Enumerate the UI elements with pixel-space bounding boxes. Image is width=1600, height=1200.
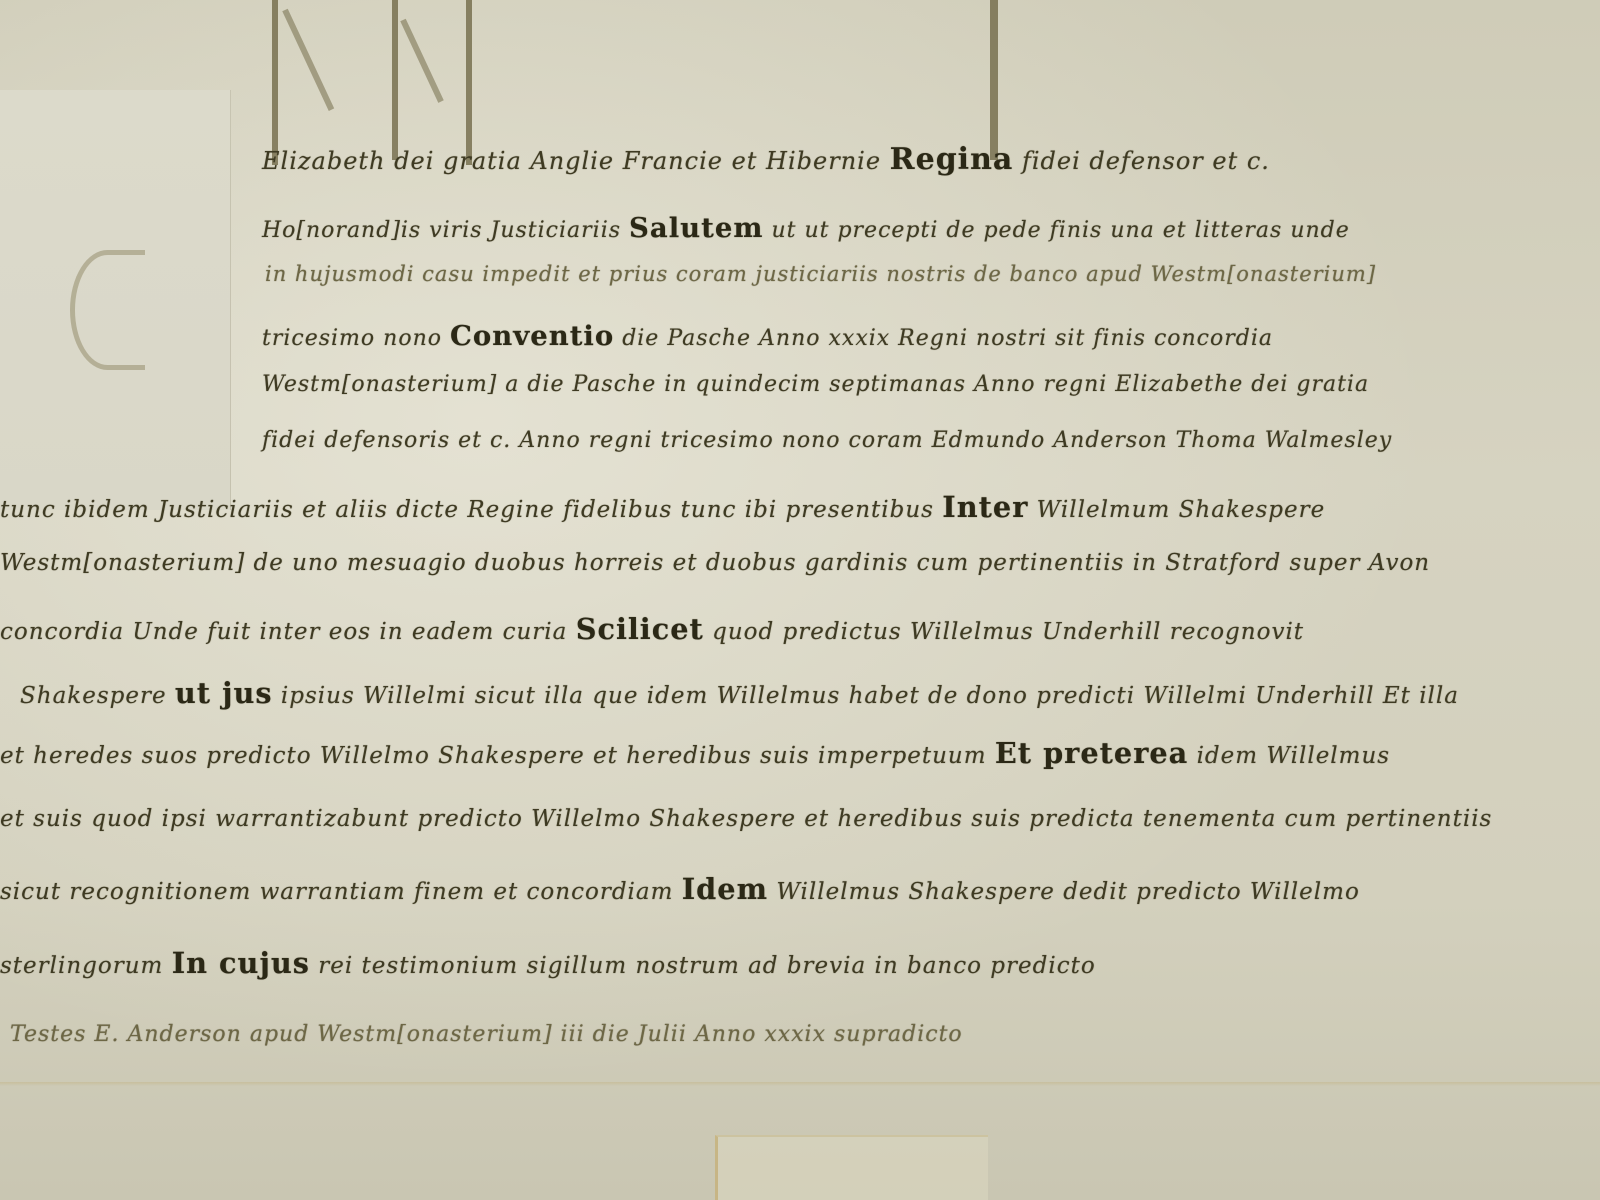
manuscript-line: in hujusmodi casu impedit et prius coram… [265, 262, 1376, 286]
manuscript-line: concordia Unde fuit inter eos in eadem c… [0, 612, 1304, 646]
manuscript-line: Elizabeth dei gratia Anglie Francie et H… [262, 142, 1270, 177]
initial-ascender-stroke [466, 0, 472, 165]
manuscript-line: Westm[onasterium] de uno mesuagio duobus… [0, 550, 1430, 576]
parchment-fold [0, 1082, 1600, 1086]
manuscript-line: sterlingorum In cujus rei testimonium si… [0, 946, 1096, 980]
manuscript-line: tunc ibidem Justiciariis et aliis dicte … [0, 490, 1325, 524]
manuscript-line: Testes E. Anderson apud Westm[onasterium… [10, 1022, 963, 1047]
manuscript-line: et heredes suos predicto Willelmo Shakes… [0, 736, 1390, 770]
attached-slip [715, 1135, 988, 1200]
manuscript-line: Westm[onasterium] a die Pasche in quinde… [262, 372, 1369, 397]
manuscript-line: et suis quod ipsi warrantizabunt predict… [0, 806, 1492, 832]
manuscript-line: sicut recognitionem warrantiam finem et … [0, 872, 1360, 906]
margin-annotation-mark [70, 250, 145, 370]
manuscript-line: fidei defensoris et c. Anno regni trices… [262, 428, 1392, 453]
initial-ascender-stroke [990, 0, 998, 160]
manuscript-line: tricesimo nono Conventio die Pasche Anno… [262, 320, 1273, 352]
manuscript-line: Ho[norand]is viris Justiciariis Salutem … [262, 212, 1350, 244]
initial-ascender-stroke [392, 0, 398, 160]
initial-ascender-stroke [272, 0, 278, 165]
manuscript-line: Shakespere ut jus ipsius Willelmi sicut … [20, 676, 1459, 710]
parchment-photo [0, 0, 1600, 1200]
